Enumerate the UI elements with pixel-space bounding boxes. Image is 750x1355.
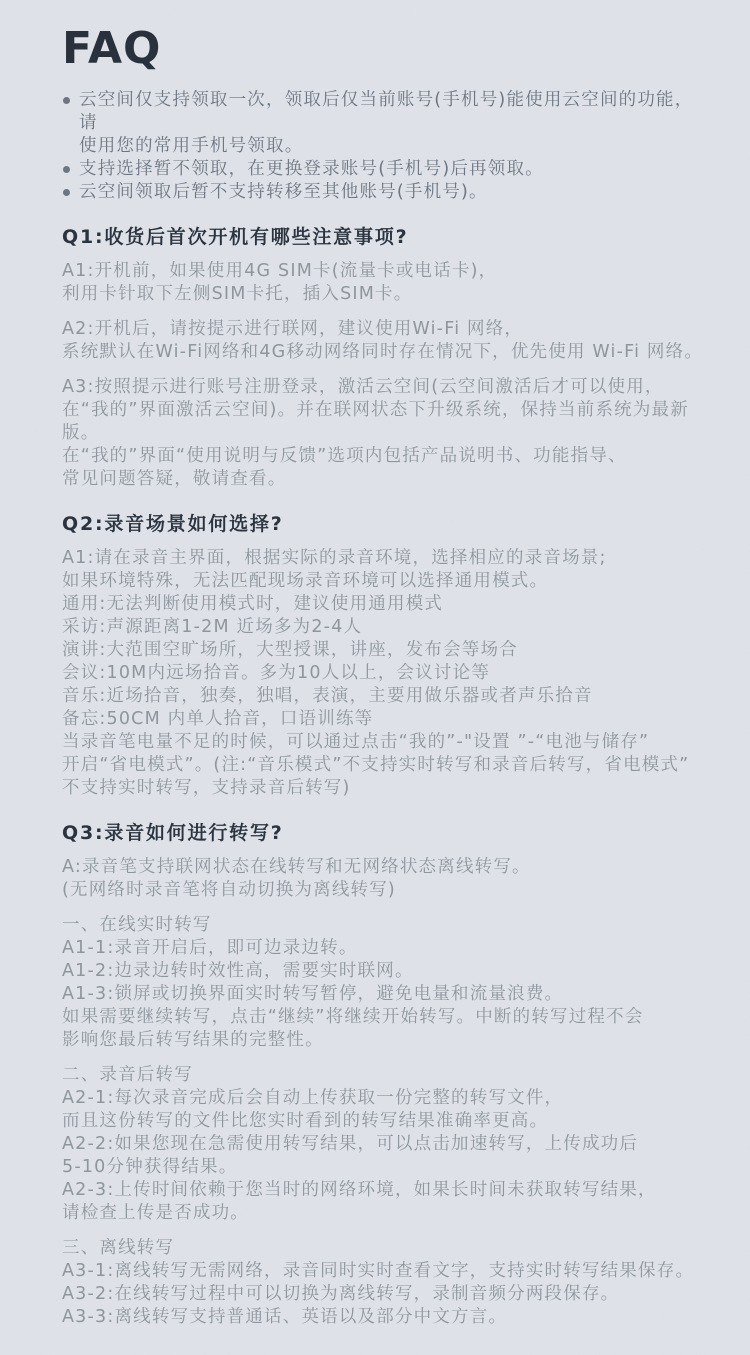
answer-paragraph: 一、在线实时转写 A1-1:录音开启后，即可边录边转。 A1-2:边录边转时效性… bbox=[62, 914, 712, 1052]
bullet-dot-icon bbox=[63, 189, 70, 196]
intro-bullet-item: 云空间领取后暂不支持转移至其他账号(手机号)。 bbox=[62, 181, 712, 204]
answer-paragraph: 二、录音后转写 A2-1:每次录音完成后会自动上传获取一份完整的转写文件， 而且… bbox=[62, 1064, 712, 1225]
intro-bullet-list: 云空间仅支持领取一次，领取后仅当前账号(手机号)能使用云空间的功能，请 使用您的… bbox=[62, 89, 712, 204]
answer-paragraph: A2:开机后，请按提示进行联网，建议使用Wi-Fi 网络， 系统默认在Wi-Fi… bbox=[62, 318, 712, 364]
faq-sections: Q1:收货后首次开机有哪些注意事项?A1:开机前，如果使用4G SIM卡(流量卡… bbox=[62, 225, 712, 1329]
answer-paragraph: A:录音笔支持联网状态在线转写和无网络状态离线转写。 (无网络时录音笔将自动切换… bbox=[62, 856, 712, 902]
answer-paragraph: 三、离线转写 A3-1:离线转写无需网络，录音同时实时查看文字，支持实时转写结果… bbox=[62, 1237, 712, 1329]
answer-paragraph: A3:按照提示进行账号注册登录，激活云空间(云空间激活后才可以使用， 在“我的”… bbox=[62, 376, 712, 491]
question-heading: Q2:录音场景如何选择? bbox=[62, 512, 712, 536]
question-heading: Q3:录音如何进行转写? bbox=[62, 821, 712, 845]
answer-paragraph: A1:请在录音主界面，根据实际的录音环境，选择相应的录音场景; 如果环境特殊，无… bbox=[62, 547, 712, 800]
bullet-dot-icon bbox=[63, 97, 70, 104]
intro-bullet-text: 云空间仅支持领取一次，领取后仅当前账号(手机号)能使用云空间的功能，请 使用您的… bbox=[79, 89, 712, 158]
page-title: FAQ bbox=[62, 24, 712, 75]
intro-bullet-text: 云空间领取后暂不支持转移至其他账号(手机号)。 bbox=[79, 181, 488, 204]
bullet-dot-icon bbox=[63, 166, 70, 173]
faq-page: FAQ 云空间仅支持领取一次，领取后仅当前账号(手机号)能使用云空间的功能，请 … bbox=[0, 0, 750, 1355]
faq-content: FAQ 云空间仅支持领取一次，领取后仅当前账号(手机号)能使用云空间的功能，请 … bbox=[62, 24, 712, 1329]
intro-bullet-item: 云空间仅支持领取一次，领取后仅当前账号(手机号)能使用云空间的功能，请 使用您的… bbox=[62, 89, 712, 158]
intro-bullet-item: 支持选择暂不领取，在更换登录账号(手机号)后再领取。 bbox=[62, 158, 712, 181]
answer-paragraph: A1:开机前，如果使用4G SIM卡(流量卡或电话卡)， 利用卡针取下左侧SIM… bbox=[62, 260, 712, 306]
intro-bullet-text: 支持选择暂不领取，在更换登录账号(手机号)后再领取。 bbox=[79, 158, 544, 181]
question-heading: Q1:收货后首次开机有哪些注意事项? bbox=[62, 225, 712, 249]
